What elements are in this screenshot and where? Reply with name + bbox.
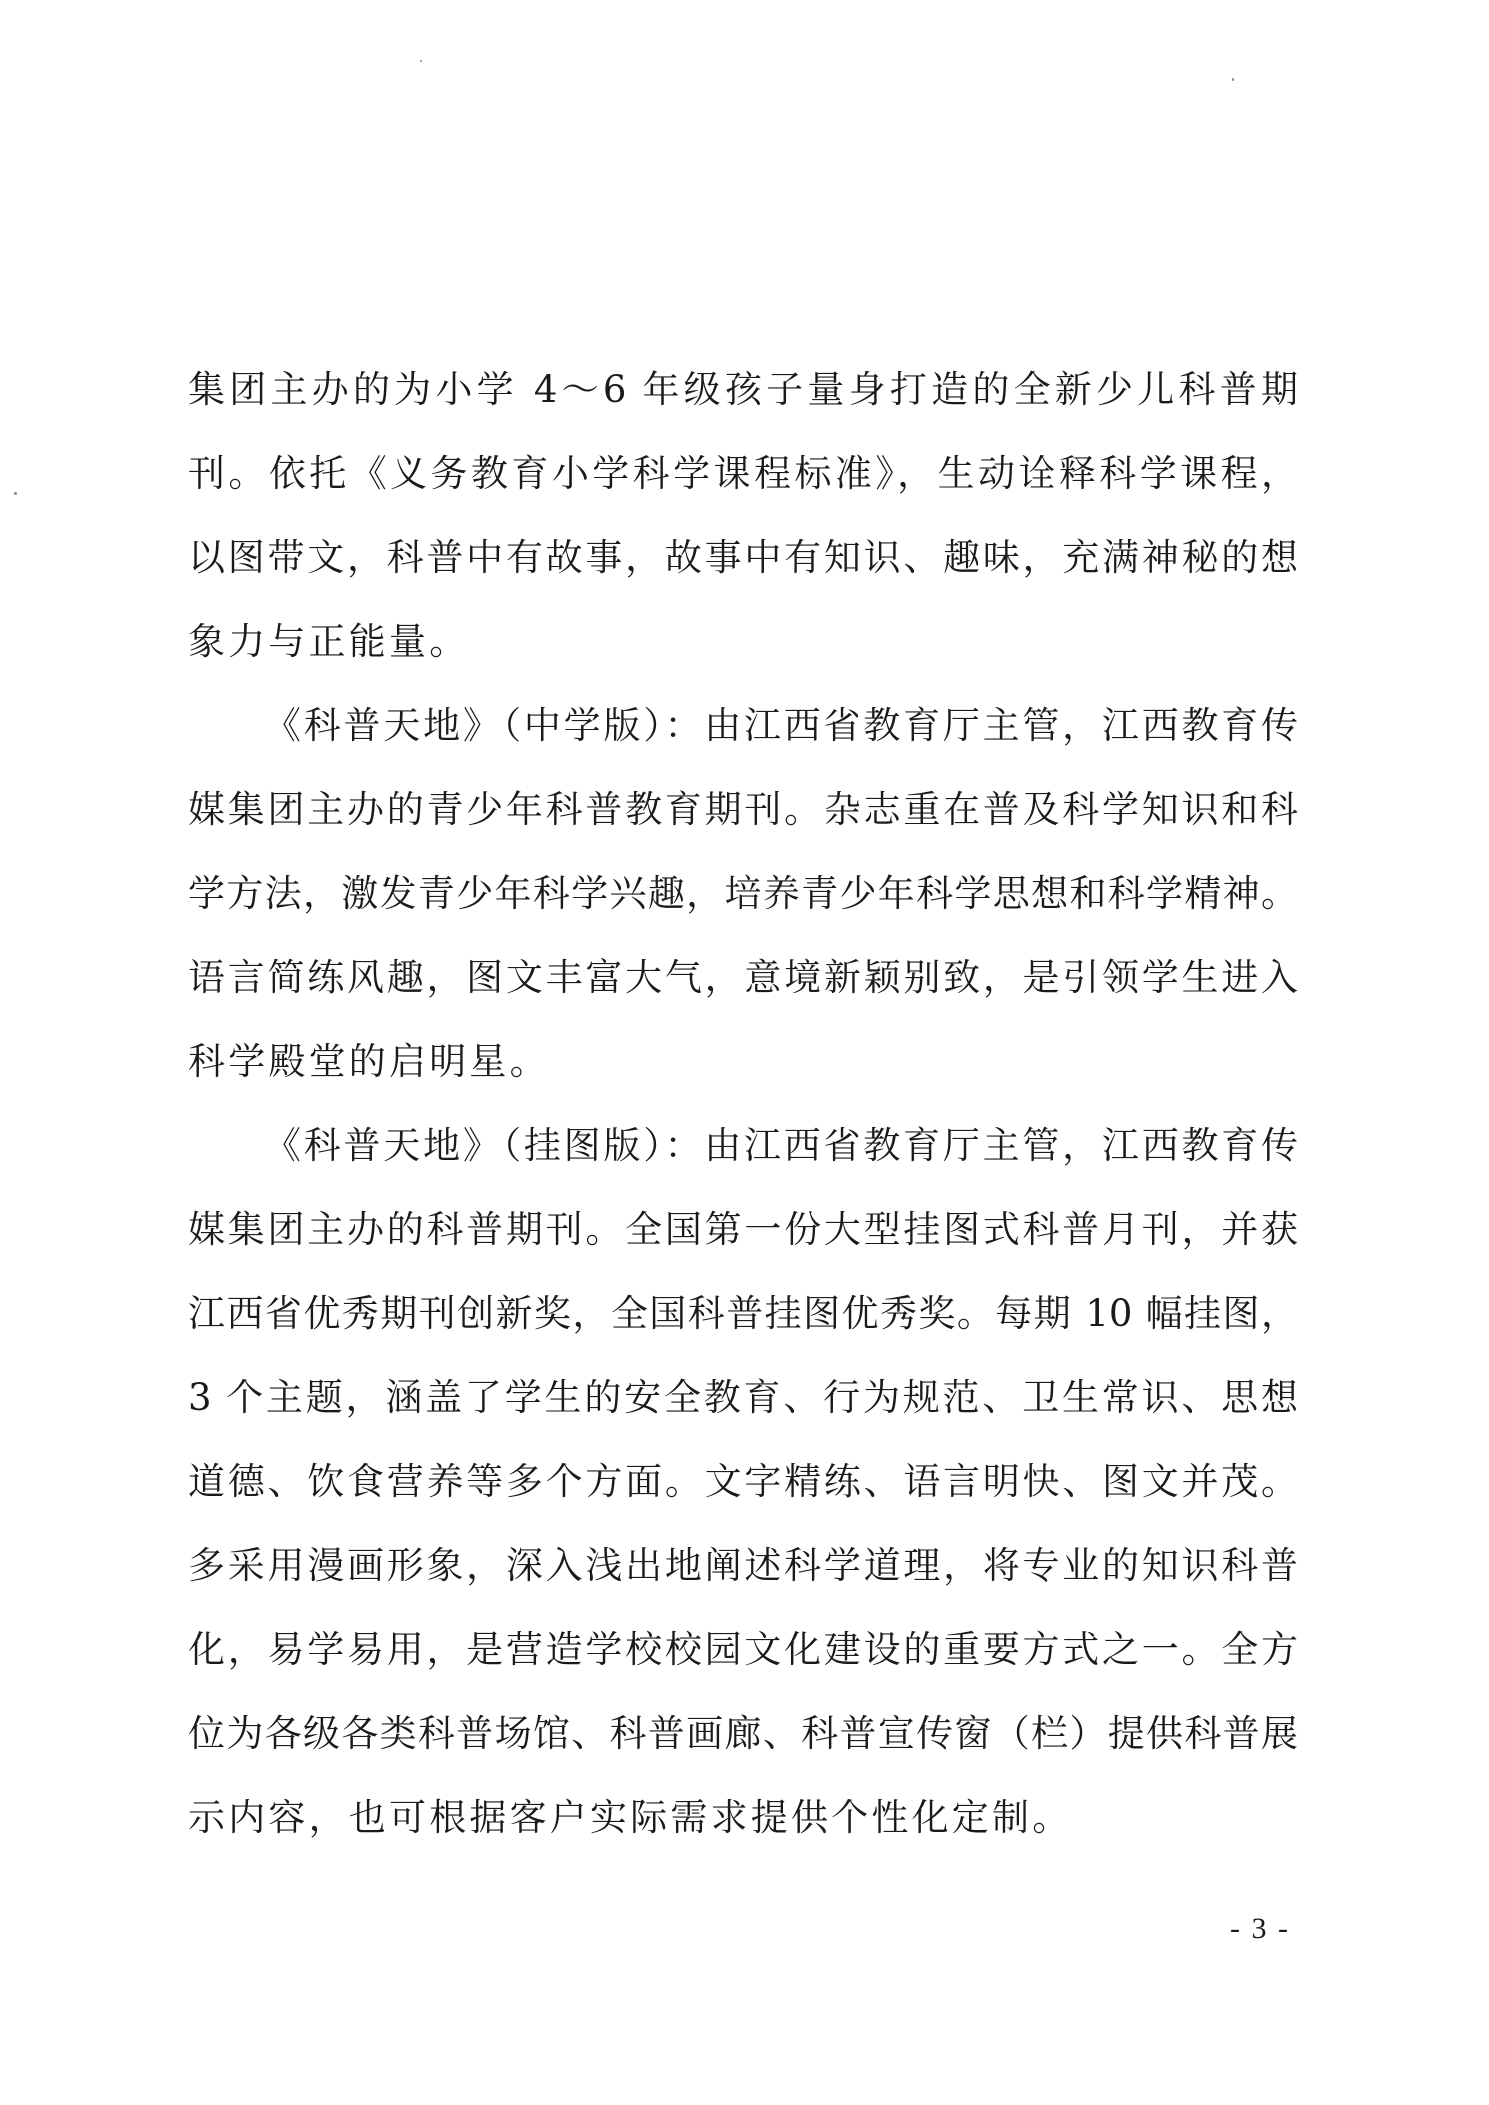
document-body: 集团主办的为小学 4～6 年级孩子量身打造的全新少儿科普期 刊。依托《义务教育小… <box>188 348 1298 1860</box>
document-page: 集团主办的为小学 4～6 年级孩子量身打造的全新少儿科普期 刊。依托《义务教育小… <box>0 0 1489 2105</box>
text-line: 多采用漫画形象，深入浅出地阐述科学道理，将专业的知识科普 <box>188 1524 1298 1608</box>
text-line: 媒集团主办的科普期刊。全国第一份大型挂图式科普月刊，并获 <box>188 1188 1298 1272</box>
text-line: 《科普天地》（挂图版）：由江西省教育厅主管，江西教育传 <box>188 1104 1298 1188</box>
paragraph-middle-school-edition: 《科普天地》（中学版）：由江西省教育厅主管，江西教育传 媒集团主办的青少年科普教… <box>188 684 1298 1104</box>
text-line: 化，易学易用，是营造学校校园文化建设的重要方式之一。全方 <box>188 1608 1298 1692</box>
scan-speck <box>14 492 17 495</box>
text-line: 示内容，也可根据客户实际需求提供个性化定制。 <box>188 1776 1298 1860</box>
text-line: 以图带文，科普中有故事，故事中有知识、趣味，充满神秘的想 <box>188 516 1298 600</box>
text-line: 《科普天地》（中学版）：由江西省教育厅主管，江西教育传 <box>188 684 1298 768</box>
text-line: 江西省优秀期刊创新奖，全国科普挂图优秀奖。每期 10 幅挂图， <box>188 1272 1298 1356</box>
scan-speck <box>420 60 422 62</box>
text-line: 刊。依托《义务教育小学科学课程标准》，生动诠释科学课程， <box>188 432 1298 516</box>
text-line: 3 个主题，涵盖了学生的安全教育、行为规范、卫生常识、思想 <box>188 1356 1298 1440</box>
text-line: 道德、饮食营养等多个方面。文字精练、语言明快、图文并茂。 <box>188 1440 1298 1524</box>
text-line: 科学殿堂的启明星。 <box>188 1020 1298 1104</box>
text-line: 媒集团主办的青少年科普教育期刊。杂志重在普及科学知识和科 <box>188 768 1298 852</box>
paragraph-primary-edition-continued: 集团主办的为小学 4～6 年级孩子量身打造的全新少儿科普期 刊。依托《义务教育小… <box>188 348 1298 684</box>
paragraph-wall-chart-edition: 《科普天地》（挂图版）：由江西省教育厅主管，江西教育传 媒集团主办的科普期刊。全… <box>188 1104 1298 1860</box>
text-line: 位为各级各类科普场馆、科普画廊、科普宣传窗（栏）提供科普展 <box>188 1692 1298 1776</box>
text-line: 象力与正能量。 <box>188 600 1298 684</box>
text-line: 学方法，激发青少年科学兴趣，培养青少年科学思想和科学精神。 <box>188 852 1298 936</box>
text-line: 语言简练风趣，图文丰富大气，意境新颖别致，是引领学生进入 <box>188 936 1298 1020</box>
page-number: - 3 - <box>1230 1912 1290 1946</box>
text-line: 集团主办的为小学 4～6 年级孩子量身打造的全新少儿科普期 <box>188 348 1298 432</box>
scan-speck <box>1232 78 1234 81</box>
